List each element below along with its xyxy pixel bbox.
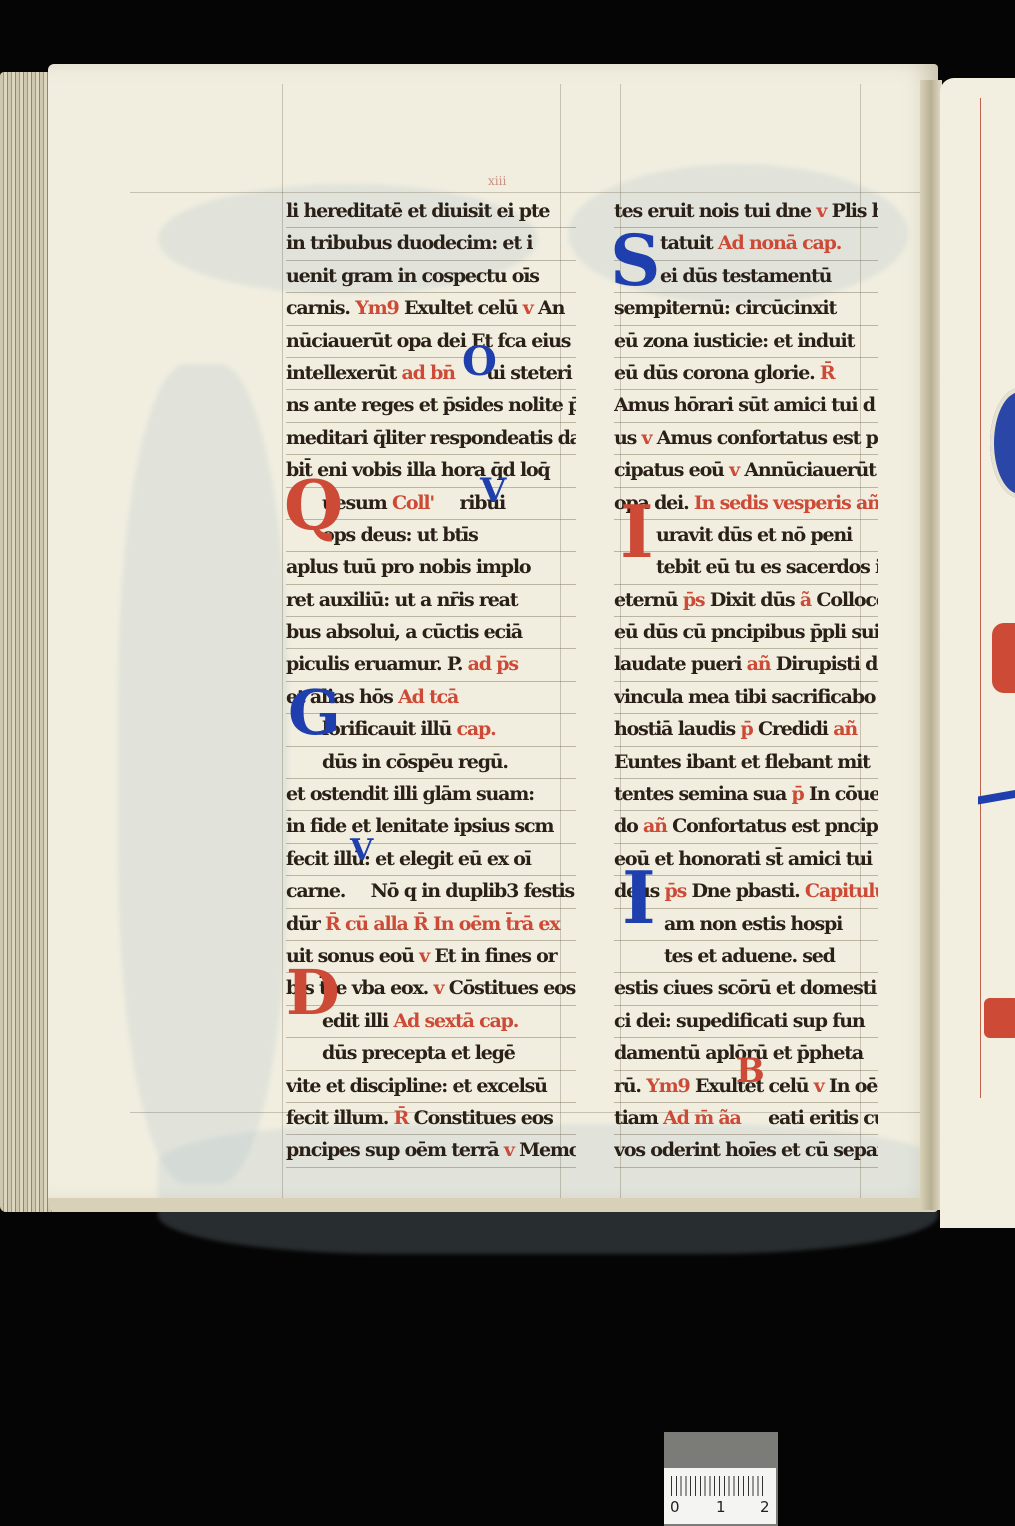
initial-letter-blue: S	[610, 226, 661, 296]
ruling-line	[130, 192, 920, 193]
text-line: in tribubus duodecim: et i	[286, 228, 576, 260]
text-line: carnis. Ym9 Exultet celū v An	[286, 293, 576, 325]
text-line: eū zona iusticie: et induit	[614, 326, 878, 358]
text-line: vos oderint hoīes et cū separe	[614, 1135, 878, 1167]
red-initial	[984, 998, 1015, 1038]
initial-letter-blue: I	[622, 862, 656, 934]
text-line: Amus hōrari sūt amici tui d	[614, 390, 878, 422]
initial-letter-blue: G	[288, 682, 341, 744]
facing-page	[940, 78, 1015, 1228]
text-line: estis ciues scōrū et domesti	[614, 973, 878, 1005]
ruler-ticks	[671, 1476, 767, 1496]
text-line: dūs in cōspēu regū.	[286, 747, 576, 779]
text-line: cipatus eoū v Annūciauerūt	[614, 455, 878, 487]
initial-letter-blue: V	[350, 836, 373, 866]
text-line: eternū p̄s Dixit dūs ã Collocet	[614, 585, 878, 617]
text-line: vite et discipline: et excelsū	[286, 1071, 576, 1103]
text-line: Euntes ibant et flebant mit	[614, 747, 878, 779]
right-text-column: tes eruit nois tui dne v Plis hō tatuit …	[614, 196, 878, 1168]
illuminated-initial	[990, 388, 1015, 498]
text-line: uenit gram in cospectu oīs	[286, 261, 576, 293]
text-line: tes et aduene. sed	[614, 941, 878, 973]
initial-letter-blue: V	[480, 474, 506, 508]
text-line: vincula mea tibi sacrificabo	[614, 682, 878, 714]
text-line: tiam Ad m̄ ãa eati eritis cum	[614, 1103, 878, 1135]
initial-letter-red: Q	[284, 472, 343, 540]
show-through-foliage	[118, 364, 288, 1184]
text-line: pncipes sup oēm terrā v Memo	[286, 1135, 576, 1167]
folio-mark: xiii	[488, 174, 506, 188]
text-line: dūr R̄ cū alla R̄ In oēm t̄rā ex	[286, 909, 576, 941]
text-line: aplus tuū pro nobis implo	[286, 552, 576, 584]
initial-letter-red: I	[620, 496, 654, 568]
text-line: eū dūs corona glorie. R̄	[614, 358, 878, 390]
text-line: fecit illū: et elegit eū ex oī	[286, 844, 576, 876]
text-line: intellexerūt ad bn̄ ui steteri	[286, 358, 576, 390]
text-line: bus absolui, a cūctis eciā	[286, 617, 576, 649]
ruler-card: 0 1 2	[664, 1468, 776, 1524]
text-line: eū dūs cū pncipibus p̄pli sui p̄	[614, 617, 878, 649]
ruler-label: 0	[670, 1498, 680, 1516]
text-line: ci dei: supedificati sup fun	[614, 1006, 878, 1038]
initial-letter-blue: O	[462, 342, 497, 382]
text-line: us v Amus confortatus est pn	[614, 423, 878, 455]
book-gutter	[920, 80, 942, 1210]
text-line: in fide et lenitate ipsius scm	[286, 811, 576, 843]
border-decoration	[946, 98, 981, 1098]
text-line: tentes semina sua p̄ In cōuertē	[614, 779, 878, 811]
initial-letter-red: B	[736, 1054, 765, 1088]
text-line: carne. Nō q in duplib3 festis	[286, 876, 576, 908]
text-line: fecit illum. R̄ Constitues eos	[286, 1103, 576, 1135]
text-line: do añ Confortatus est pncipat	[614, 811, 878, 843]
text-line: et ostendit illi glām suam:	[286, 779, 576, 811]
initial-letter-red: D	[286, 962, 340, 1024]
text-line: hostiā laudis p̄ Credidi añ	[614, 714, 878, 746]
text-line: ret auxiliū: ut a nr̄is reat	[286, 585, 576, 617]
text-line: li hereditatē et diuisit ei pte	[286, 196, 576, 228]
text-line: ns ante reges et p̄sides nolite p̄	[286, 390, 576, 422]
text-line: laudate pueri añ Dirupisti dne	[614, 649, 878, 681]
ruler-label: 2	[760, 1498, 770, 1516]
text-line: dūs precepta et legē	[286, 1038, 576, 1070]
text-line: nūciauerūt opa dei Et fca eius	[286, 326, 576, 358]
ruler-label: 1	[716, 1498, 726, 1516]
ruling-line	[282, 84, 283, 1202]
blue-initial	[978, 789, 1015, 804]
scale-ruler: 0 1 2	[664, 1432, 778, 1526]
text-line: meditari q̄liter respondeatis da	[286, 423, 576, 455]
red-initial	[992, 623, 1015, 693]
